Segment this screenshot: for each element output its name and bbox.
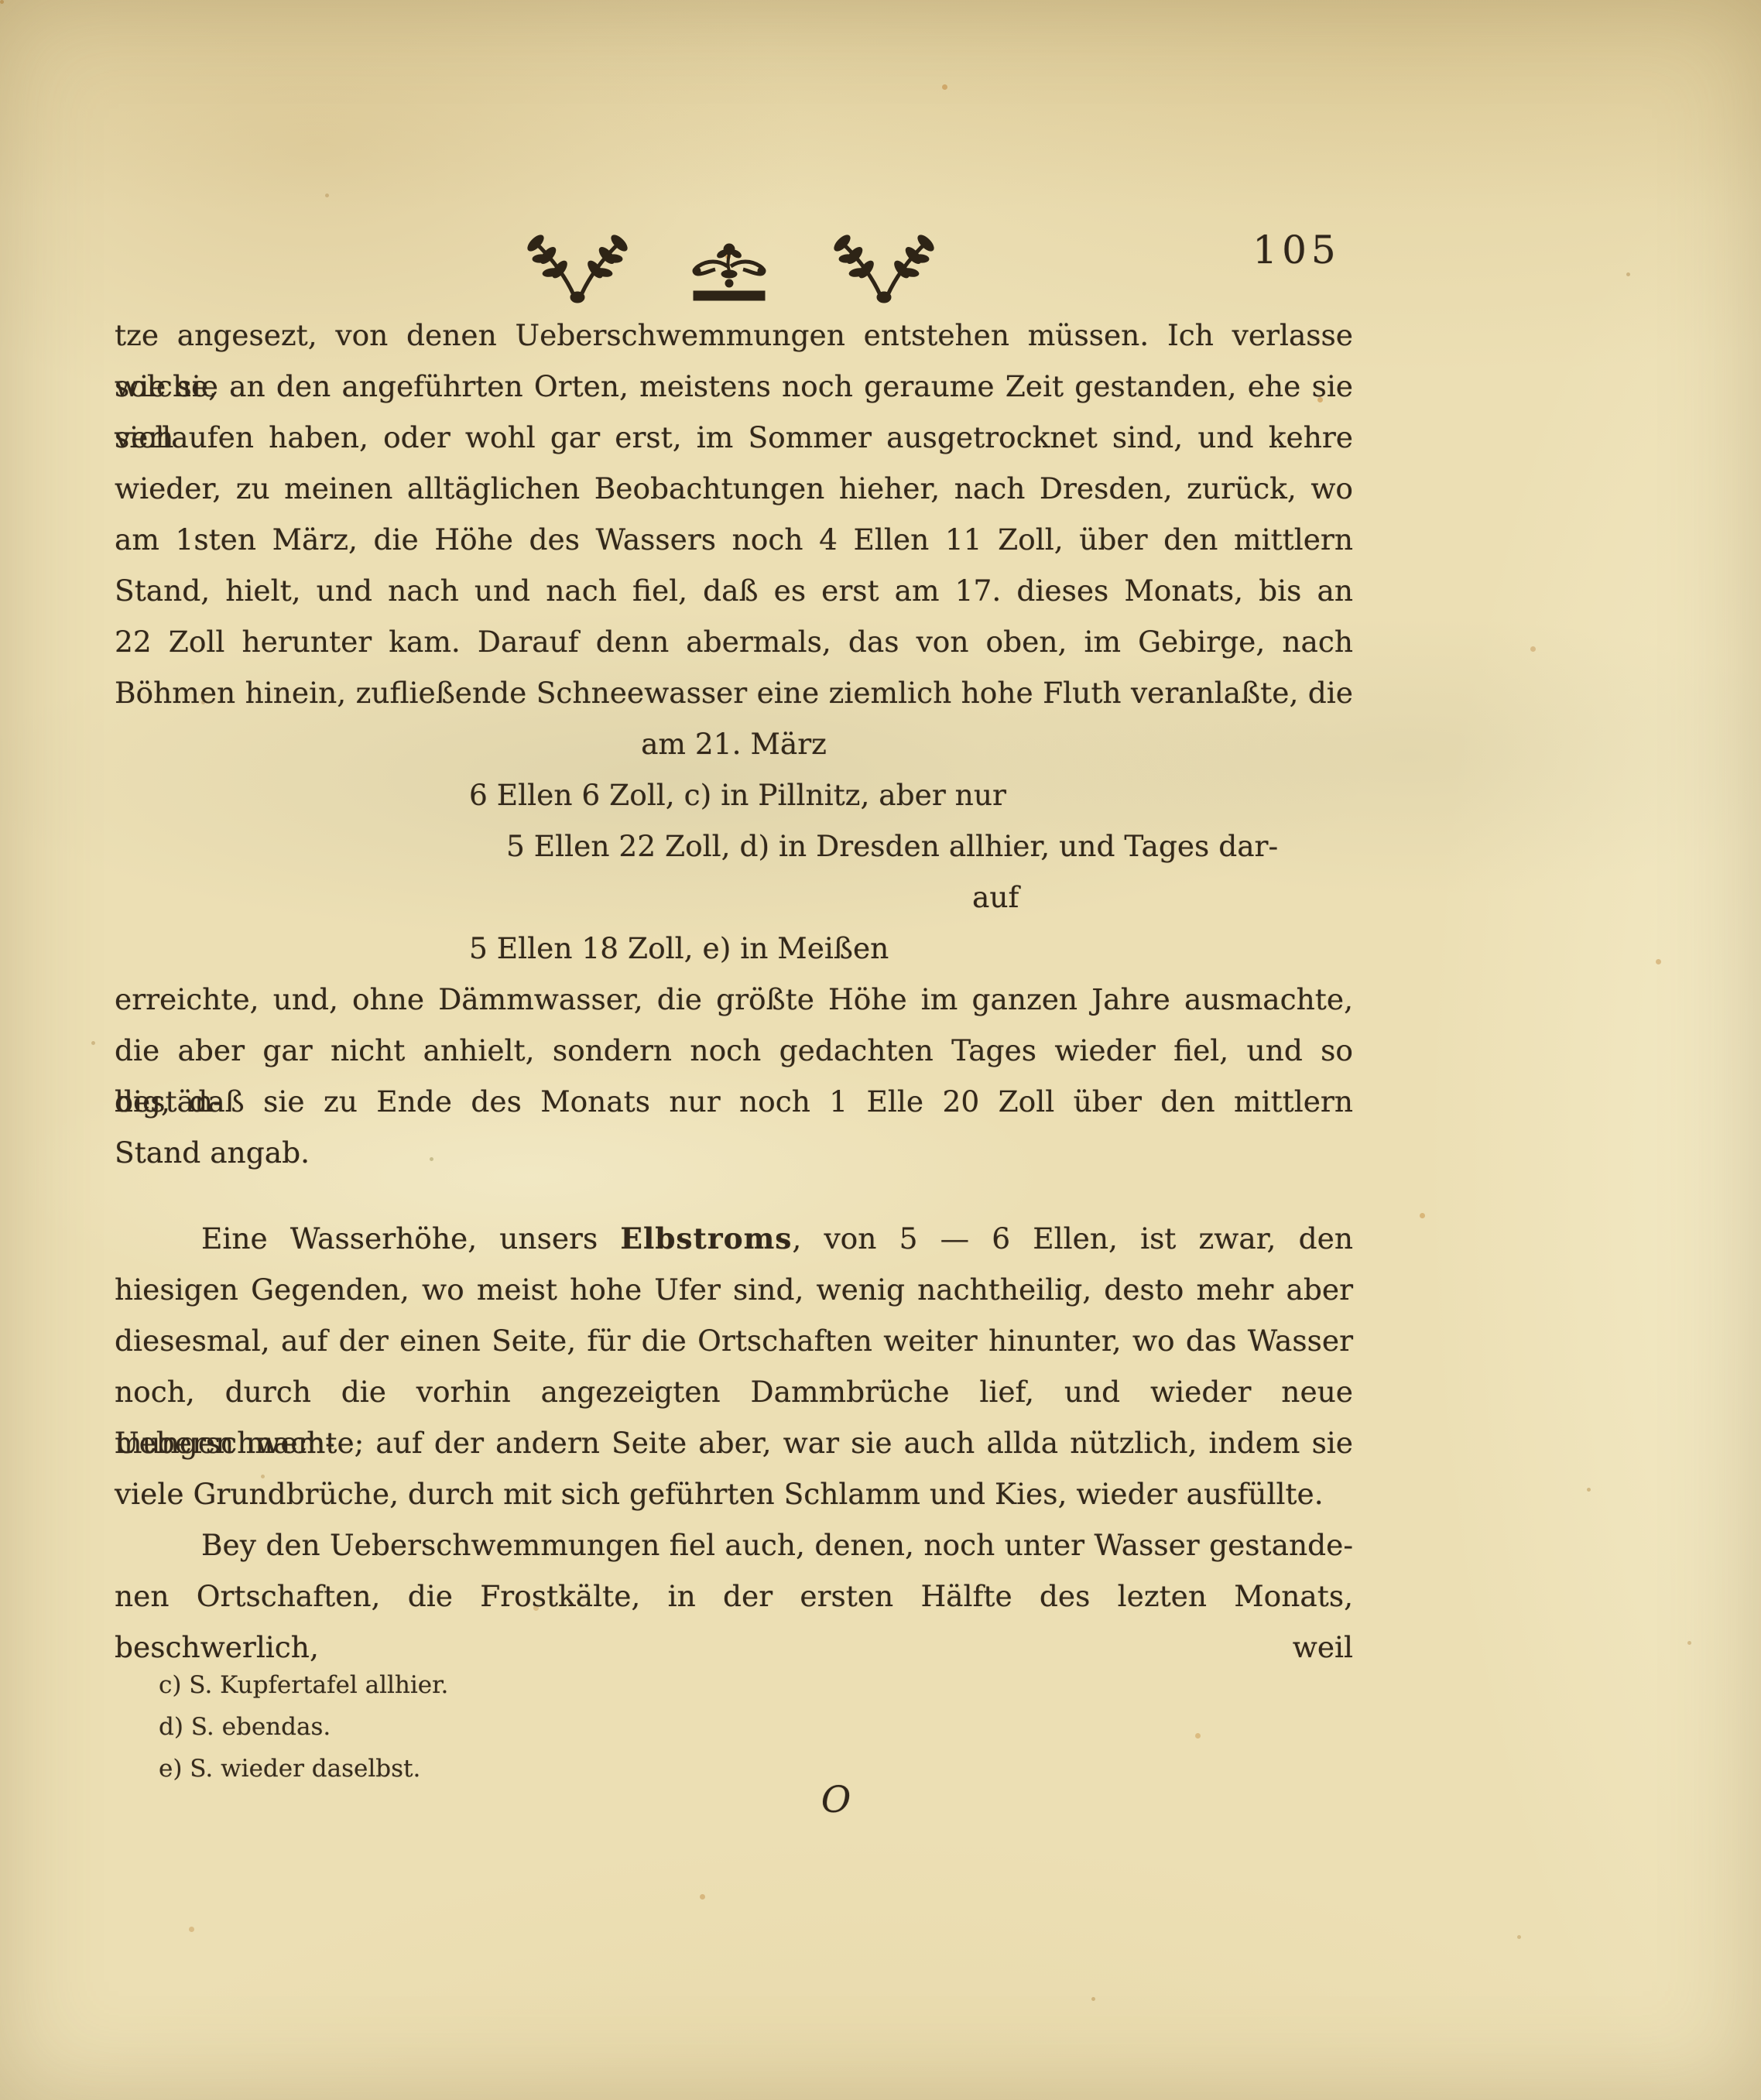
paragraph-gap [115, 1178, 1353, 1213]
text-line: Stand, hielt, und nach und nach fiel, da… [115, 565, 1353, 616]
text-line: noch, durch die vorhin angezeigten Dammb… [115, 1366, 1353, 1417]
text-line: Eine Wasserhöhe, unsers Elbstroms, von 5… [115, 1213, 1353, 1264]
body-text: tze angesezt, von denen Ueberschwemmunge… [115, 310, 1353, 1673]
text-line: mungen machte; auf der andern Seite aber… [115, 1417, 1353, 1468]
text-line: wieder, zu meinen alltäglichen Beobachtu… [115, 463, 1353, 514]
floral-centerpiece-icon [689, 240, 770, 307]
text-line: viele Grundbrüche, durch mit sich geführ… [115, 1468, 1353, 1519]
book-page: 105 tze angesezt, von denen Ueberschwemm… [0, 0, 1761, 2100]
text-line: am 1sten März, die Höhe des Wassers noch… [115, 514, 1353, 565]
text-line: die aber gar nicht anhielt, sondern noch… [115, 1025, 1353, 1076]
text-line: dig, daß sie zu Ende des Monats nur noch… [115, 1076, 1353, 1127]
text-line: erreichte, und, ohne Dämmwasser, die grö… [115, 974, 1353, 1025]
text-line: Bey den Ueberschwemmungen fiel auch, den… [115, 1519, 1353, 1571]
fleuron-sprig-icon [523, 232, 632, 303]
measurement-line-meissen: 5 Ellen 18 Zoll, e) in Meißen [115, 923, 1353, 974]
text-line: tze angesezt, von denen Ueberschwemmunge… [115, 310, 1353, 361]
text-line: nen Ortschaften, die Frostkälte, in der … [115, 1571, 1353, 1622]
footnote-d: d) S. ebendas. [159, 1706, 1010, 1748]
footnote-e: e) S. wieder daselbst. [159, 1748, 1010, 1790]
runover-word: auf [115, 872, 1353, 923]
text-line: wie sie an den angeführten Orten, meiste… [115, 361, 1353, 412]
text-line: diesesmal, auf der einen Seite, für die … [115, 1315, 1353, 1366]
footnote-block: c) S. Kupfertafel allhier. d) S. ebendas… [159, 1664, 1010, 1790]
signature-mark: O [801, 1779, 871, 1821]
footnote-c: c) S. Kupfertafel allhier. [159, 1664, 1010, 1706]
text-line: hiesigen Gegenden, wo meist hohe Ufer si… [115, 1264, 1353, 1315]
measurement-line-dresden: 5 Ellen 22 Zoll, d) in Dresden allhier, … [115, 820, 1353, 872]
text-line: Stand angab. [115, 1127, 1353, 1178]
elbstrom-bold-word: Elbstroms [620, 1221, 792, 1256]
text-segment: Eine Wasserhöhe, unsers [201, 1221, 620, 1256]
text-line: 22 Zoll herunter kam. Darauf denn aberma… [115, 616, 1353, 667]
page-number: 105 [1246, 228, 1347, 272]
text-line: Böhmen hinein, zufließende Schneewasser … [115, 667, 1353, 718]
page-header: 105 [0, 223, 1761, 316]
paper-specks [0, 0, 4, 4]
text-line: verlaufen haben, oder wohl gar erst, im … [115, 412, 1353, 463]
measurement-line-pillnitz: 6 Ellen 6 Zoll, c) in Pillnitz, aber nur [115, 769, 1353, 820]
date-line: am 21. März [115, 718, 1353, 769]
text-segment: , von 5 — 6 Ellen, ist zwar, den [792, 1221, 1353, 1256]
fleuron-sprig-icon [830, 232, 938, 303]
